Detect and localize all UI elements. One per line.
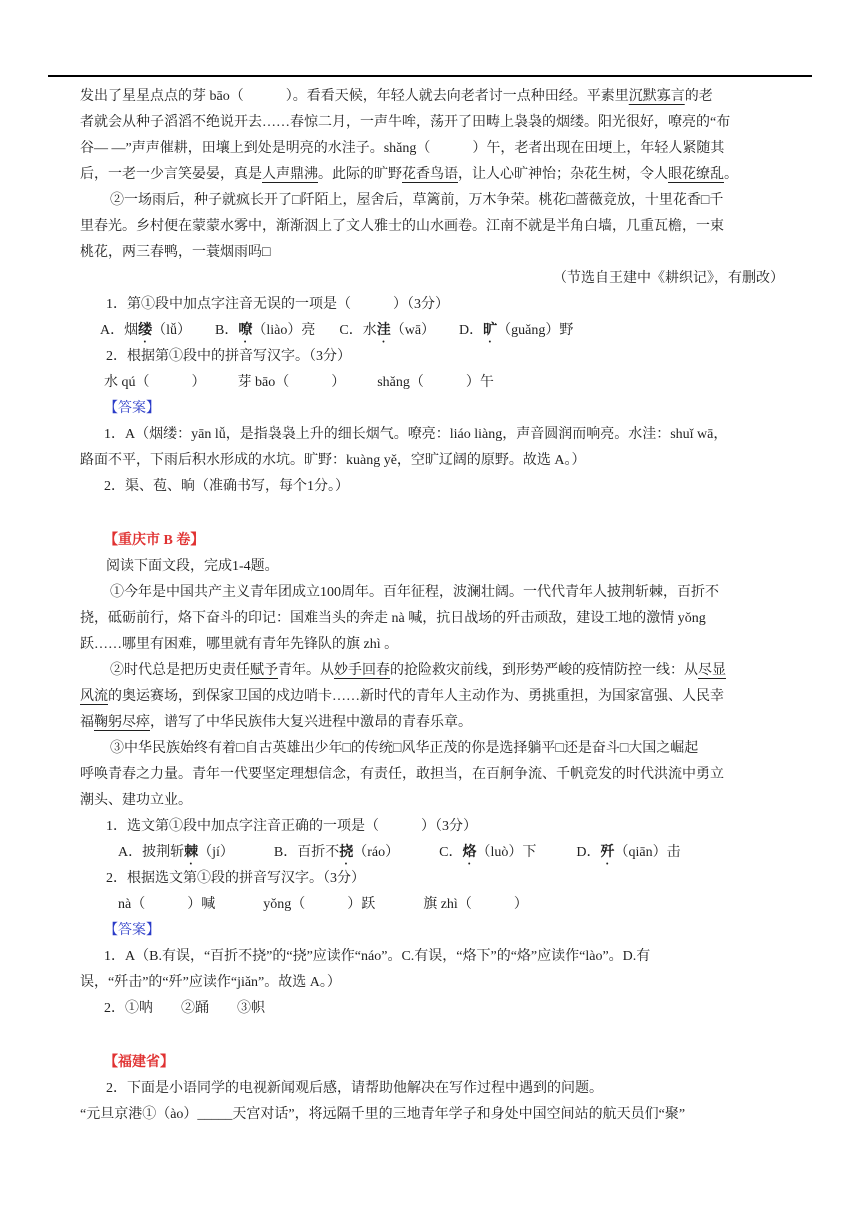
passage-line: 潮头、建功立业。 [80,788,784,814]
text-run: ②时代总是把历史责任 [110,663,250,678]
passage-line: 发出了星星点点的芽 bāo（ ）。看看天候，年轻人就去向老者讨一点种田经。平素里… [80,84,784,110]
answer-line: 2．①呐 ②踊 ③帜 [80,996,784,1022]
pinyin-blank: 水 qú（ ） [104,370,206,396]
dotted-character: 缕 [138,323,152,338]
passage-line: 后，一老一少言笑晏晏，真是人声鼎沸。此际的旷野花香鸟语，让人心旷神怡；杂花生树，… [80,162,784,188]
text-run: 。 [724,167,738,182]
pinyin-blank: 旗 zhì（ ） [423,892,528,918]
text-run: D． [576,845,600,860]
passage-line: 谷— —”声声催耕，田壤上到处是明亮的水洼子。shǎng（ ）午，老者出现在田埂… [80,136,784,162]
question-1-text: 1．选文第①段中加点字注音正确的一项是（ ）（3分） [80,814,784,840]
question-text: 2．下面是小语同学的电视新闻观后感，请帮助他解决在写作过程中遇到的问题。 [80,1076,784,1102]
text-run: （qiān）击 [615,845,681,860]
passage-line: ②时代总是把历史责任赋予青年。从妙手回春的抢险救灾前线，到形势严峻的疫情防控一线… [80,658,784,684]
text-run: 青年。从 [278,663,334,678]
text-run: ②一场雨后，种子就疯长开了□阡陌上，屋舍后，草篱前，万木争荣。桃花□蔷薇竞放，十… [110,193,723,208]
text-run: 桃花，两三春鸭，一蓑烟雨吗□ [80,245,270,260]
underlined-phrase: 风流 [80,689,108,704]
underlined-phrase: 眼花缭乱 [668,167,724,182]
text-run: （lǚ） [152,323,191,338]
text-run: ①今年是中国共产主义青年团成立100周年。百年征程，波澜壮阔。一代代青年人披荆斩… [110,585,719,600]
text-run: C．水 [339,323,376,338]
option-b: B．百折不挠（ráo） [274,840,399,866]
text-run: A．披荆斩 [118,845,184,860]
text-run: 。此际的旷野 [318,167,402,182]
text-run: 的奥运赛场，到保家卫国的戍边哨卡……新时代的青年人主动作为、勇挑重担，为国家富强… [108,689,724,704]
underlined-phrase: 赋予 [250,663,278,678]
text-run: ③中华民族始终有着□自古英雄出少年□的传统□风华正茂的你是选择躺平□还是奋斗□大… [110,741,698,756]
question-1-text: 1．第①段中加点字注音无误的一项是（ ）（3分） [80,292,784,318]
underlined-phrase: 沉默寡言 [629,89,685,104]
text-run: C． [439,845,462,860]
text-run: ，让人心旷神怡；杂花生树，令人 [458,167,668,182]
text-run: 里春光。乡村便在蒙蒙水雾中，渐渐洇上了文人雅士的山水画卷。江南不就是半角白墙，几… [80,219,724,234]
dotted-character: 旷 [483,323,497,338]
text-run: 呼唤青春之力量。青年一代要坚定理想信念，有责任，敢担当，在百舸争流、千帆竞发的时… [80,767,724,782]
option-a: A．烟缕（lǚ） [100,318,191,344]
dotted-character: 烙 [462,845,476,860]
option-d: D．歼（qiān）击 [576,840,680,866]
option-c: C．烙（luò）下 [439,840,536,866]
answer-label: 【答案】 [80,396,784,422]
question-1-options-row: A．披荆斩棘（jí） B．百折不挠（ráo） C．烙（luò）下 D．歼（qiā… [80,840,784,866]
answer-line: 1．A（B.有误，“百折不挠”的“挠”应读作“náo”。C.有误，“烙下”的“烙… [80,944,784,970]
passage-line: “元旦京港①（ào）_____天宫对话”，将远隔千里的三地青年学子和身处中国空间… [80,1102,784,1128]
question-2-blanks-row: 水 qú（ ） 芽 bāo（ ） shǎng（ ）午 [80,370,784,396]
attribution-line: （节选自王建中《耕织记》，有删改） [80,266,784,292]
passage-line: 挠，砥砺前行，烙下奋斗的印记：国难当头的奔走 nà 喊，抗日战场的歼击顽敌，建设… [80,606,784,632]
text-run: （wā） [391,323,435,338]
dotted-character: 挠 [339,845,353,860]
section-continued: 发出了星星点点的芽 bāo（ ）。看看天候，年轻人就去向老者讨一点种田经。平素里… [80,84,784,500]
passage-line: 风流的奥运赛场，到保家卫国的戍边哨卡……新时代的青年人主动作为、勇挑重担，为国家… [80,684,784,710]
intro-line: 阅读下面文段，完成1-4题。 [80,554,784,580]
pinyin-blank: yǒng（ ）跃 [263,892,375,918]
dotted-character: 歼 [601,845,615,860]
passage-line: 跃……哪里有困难，哪里就有青年先锋队的旗 zhì 。 [80,632,784,658]
text-run: 谷— —”声声催耕，田壤上到处是明亮的水洼子。shǎng（ ）午，老者出现在田埂… [80,141,724,156]
answer-line: 1．A（烟缕：yān lǚ，是指袅袅上升的细长烟气。嘹亮：liáo liàng，… [80,422,784,448]
underlined-phrase: 人声鼎沸 [262,167,318,182]
passage-line: ①今年是中国共产主义青年团成立100周年。百年征程，波澜壮阔。一代代青年人披荆斩… [80,580,784,606]
text-run: （guǎng）野 [497,323,573,338]
text-run: （ráo） [353,845,399,860]
header-rule [48,75,812,77]
text-run: 潮头、建功立业。 [80,793,192,808]
text-run: B．百折不 [274,845,339,860]
passage-line: 者就会从种子滔滔不绝说开去……春惊二月，一声牛哞，荡开了田畴上袅袅的烟缕。阳光很… [80,110,784,136]
text-run: D． [459,323,483,338]
underlined-phrase: 鞠躬尽瘁 [94,715,150,730]
text-run: （jí） [198,845,234,860]
answer-line: 误，“歼击”的“歼”应读作“jiǎn”。故选 A。） [80,970,784,996]
text-run: 的老 [685,89,713,104]
underlined-phrase: 尽显 [698,663,726,678]
passage-line: ②一场雨后，种子就疯长开了□阡陌上，屋舍后，草篱前，万木争荣。桃花□蔷薇竞放，十… [80,188,784,214]
passage-line: ③中华民族始终有着□自古英雄出少年□的传统□风华正茂的你是选择躺平□还是奋斗□大… [80,736,784,762]
text-run: 挠，砥砺前行，烙下奋斗的印记：国难当头的奔走 nà 喊，抗日战场的歼击顽敌，建设… [80,611,706,626]
text-run: 跃……哪里有困难，哪里就有青年先锋队的旗 zhì 。 [80,637,398,652]
passage-line: 里春光。乡村便在蒙蒙水雾中，渐渐洇上了文人雅士的山水画卷。江南不就是半角白墙，几… [80,214,784,240]
dotted-character: 嘹 [238,323,252,338]
question-2-blanks-row: nà（ ）喊 yǒng（ ）跃 旗 zhì（ ） [80,892,784,918]
text-run: 者就会从种子滔滔不绝说开去……春惊二月，一声牛哞，荡开了田畴上袅袅的烟缕。阳光很… [80,115,730,130]
dotted-character: 洼 [377,323,391,338]
text-run: A．烟 [100,323,138,338]
pinyin-blank: nà（ ）喊 [118,892,215,918]
answer-line: 2．渠、苞、晌（准确书写，每个1分。） [80,474,784,500]
province-header: 【福建省】 [80,1050,784,1076]
section-fujian: 【福建省】 2．下面是小语同学的电视新闻观后感，请帮助他解决在写作过程中遇到的问… [80,1050,784,1128]
option-a: A．披荆斩棘（jí） [118,840,234,866]
question-1-options-row: A．烟缕（lǚ） B．嘹（liào）亮 C．水洼（wā） D．旷（guǎng）野 [80,318,784,344]
text-run: 福 [80,715,94,730]
option-d: D．旷（guǎng）野 [459,318,573,344]
passage-line: 福鞠躬尽瘁，谱写了中华民族伟大复兴进程中激昂的青春乐章。 [80,710,784,736]
text-run: 后，一老一少言笑晏晏，真是 [80,167,262,182]
passage-line: 呼唤青春之力量。青年一代要坚定理想信念，有责任，敢担当，在百舸争流、千帆竞发的时… [80,762,784,788]
exam-document-page: 发出了星星点点的芽 bāo（ ）。看看天候，年轻人就去向老者讨一点种田经。平素里… [0,0,860,1216]
passage-line: 桃花，两三春鸭，一蓑烟雨吗□ [80,240,784,266]
document-content: 发出了星星点点的芽 bāo（ ）。看看天候，年轻人就去向老者讨一点种田经。平素里… [80,84,784,1128]
text-run: 发出了星星点点的芽 bāo（ ）。看看天候，年轻人就去向老者讨一点种田经。平素里 [80,89,629,104]
text-run: （luò）下 [476,845,536,860]
dotted-character: 棘 [184,845,198,860]
pinyin-blank: shǎng（ ）午 [377,370,494,396]
underlined-phrase: 妙手回春 [334,663,390,678]
option-b: B．嘹（liào）亮 [215,318,315,344]
pinyin-blank: 芽 bāo（ ） [238,370,346,396]
underlined-phrase: 花香鸟语 [402,167,458,182]
text-run: （liào）亮 [252,323,315,338]
text-run: 的抢险救灾前线，到形势严峻的疫情防控一线：从 [390,663,698,678]
text-run: ，谱写了中华民族伟大复兴进程中激昂的青春乐章。 [150,715,472,730]
question-2-text: 2．根据第①段中的拼音写汉字。（3分） [80,344,784,370]
province-header: 【重庆市 B 卷】 [80,528,784,554]
option-c: C．水洼（wā） [339,318,435,344]
text-run: B． [215,323,238,338]
section-chongqing-b: 【重庆市 B 卷】 阅读下面文段，完成1-4题。 ①今年是中国共产主义青年团成立… [80,528,784,1022]
answer-line: 路面不平，下雨后积水形成的水坑。旷野：kuàng yě，空旷辽阔的原野。故选 A… [80,448,784,474]
question-2-text: 2．根据选文第①段的拼音写汉字。（3分） [80,866,784,892]
answer-label: 【答案】 [80,918,784,944]
